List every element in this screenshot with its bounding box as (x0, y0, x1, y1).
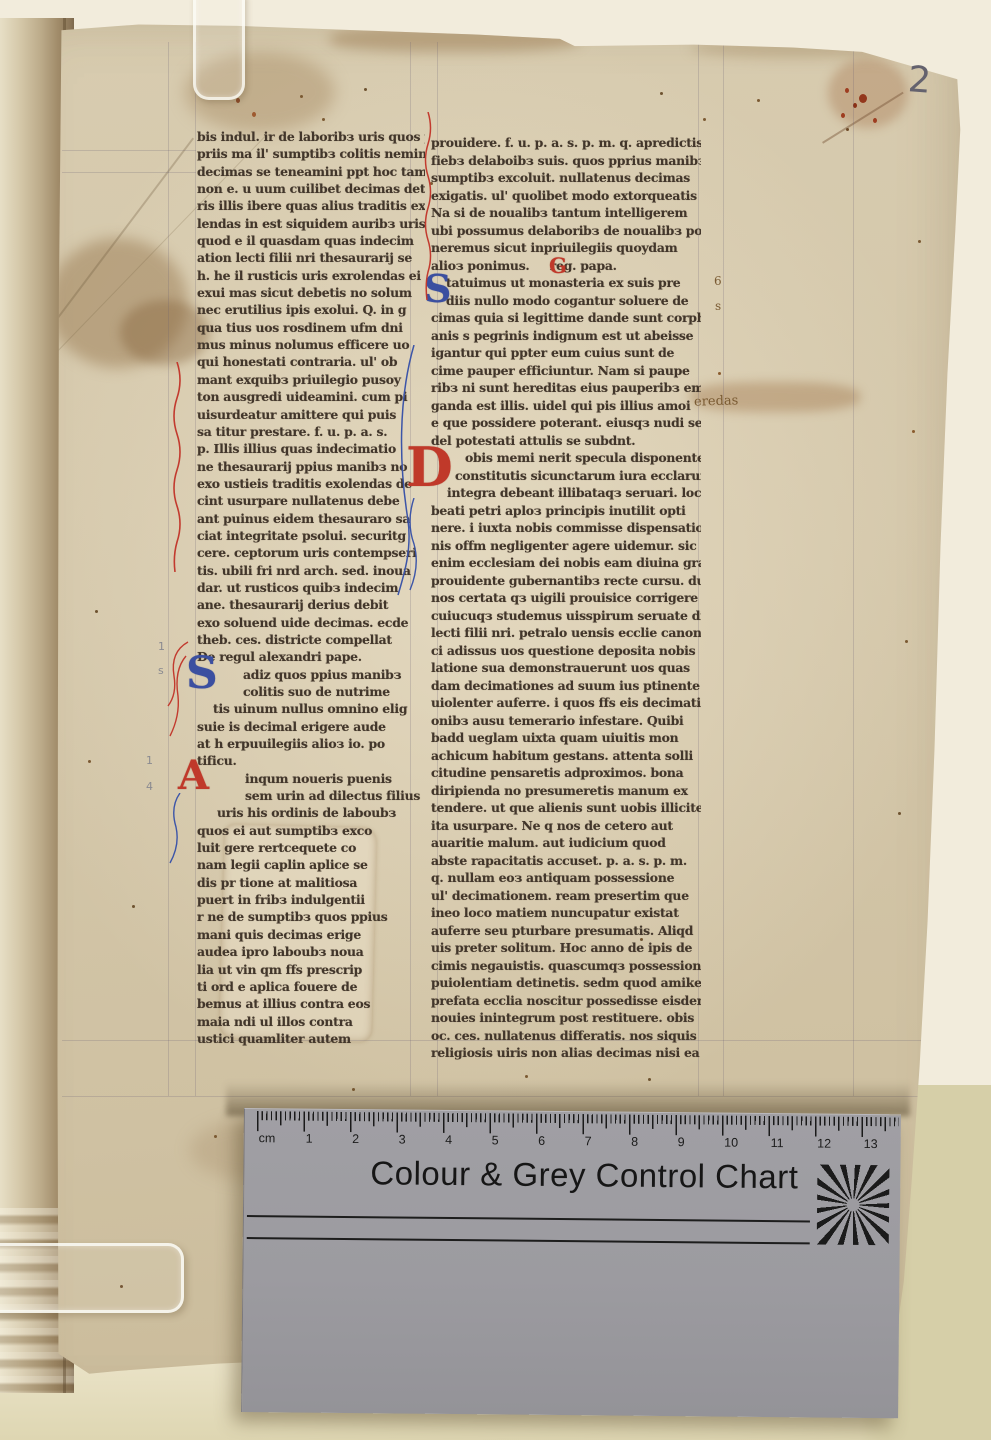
ruling-line (62, 172, 196, 173)
grey-label (527, 1221, 620, 1222)
text-line: diripienda no presumeretis manum ex (431, 782, 701, 800)
text-line: prouidere. f. u. p. a. s. p. m. q. apred… (431, 134, 701, 152)
blue-penwork-tail (404, 498, 418, 593)
text-line: latione sua demonstrauerunt uos quas (431, 659, 701, 677)
chart-title: Colour & Grey Control Chart (304, 1154, 864, 1197)
text-line: beati petri aploз principis inutilit opt… (431, 502, 701, 520)
text-line: tis. ubili fri nrd arch. sed. inoua (197, 562, 425, 579)
colour-control-chart: cm 12345678910111213 Colour & Grey Contr… (241, 1108, 901, 1418)
text-line: h. he il rusticis uris exrolendas ei (197, 267, 425, 284)
text-line: at h erpuuilegiis alioз io. po (197, 735, 425, 752)
text-line: ustici quamliter autem (197, 1030, 425, 1047)
text-line: del potestati attulis se subdnt. (431, 432, 701, 450)
ruler-number: 8 (628, 1135, 675, 1149)
stain (690, 38, 900, 58)
colour-label (247, 1196, 340, 1197)
text-line: citudine pensaretis adproximos. bona (431, 764, 701, 782)
ruling-line (195, 42, 196, 1096)
text-line: lecti filii nri. petralo uensis ecclie c… (431, 624, 701, 642)
text-line: lendas in est siquidem auribз uris (197, 215, 425, 232)
text-line: cuiucuqз studemus uisspirum seruate di (431, 607, 701, 625)
colour-label (528, 1199, 621, 1200)
grey-patch (713, 1320, 807, 1405)
ruler-number: 13 (861, 1137, 908, 1151)
text-line: r ne de sumptibз quos ppius (197, 908, 425, 925)
text-line: adiz quos ppius manibз (197, 666, 425, 683)
text-line: uisurdeatur amittere qui puis (197, 406, 425, 423)
colour-patch (246, 1240, 340, 1316)
ruler-number: 6 (535, 1134, 582, 1148)
text-line: nam legii caplin aplice se (197, 856, 425, 873)
pencil-mark: 1 (158, 640, 165, 653)
text-line: mant exquibз priuilegio pusoy (197, 371, 425, 388)
text-line: ul' decimationem. ream presertim que (431, 887, 701, 905)
text-line: constitutis sicunctarum iura ecclarum (431, 467, 701, 485)
colour-patch (713, 1245, 807, 1321)
text-line: inqum noueris puenis (197, 770, 425, 787)
colour-patch-row (246, 1240, 808, 1320)
colour-label-row (247, 1196, 808, 1201)
colour-patch (620, 1244, 714, 1320)
ruler-number: 7 (582, 1134, 629, 1148)
stain (828, 58, 908, 128)
colour-patch (433, 1242, 527, 1318)
text-line: De regul alexandri pape. (197, 648, 425, 665)
text-line: theb. ces. districte compellat (197, 631, 425, 648)
grey-patch (245, 1315, 339, 1400)
blue-penwork-flourish (166, 793, 184, 865)
text-line: colitis suo de nutrime (197, 683, 425, 700)
text-line: luit gere rertcequete co (197, 839, 425, 856)
text-line: uiolenter auferre. i quos ffs eis decima… (431, 694, 701, 712)
text-line: ation lecti filii nri thesaurarij se (197, 249, 425, 266)
text-line: ita usurpare. Ne q nos de cetero aut (431, 817, 701, 835)
text-line: decimas se teneamini ppt hoc tamen (197, 163, 425, 180)
text-line: p. Illis illius quas indecimatio (197, 440, 425, 457)
text-line: cime pauper efficiuntur. Nam si paupe (431, 362, 701, 380)
text-line: tificu. (197, 752, 425, 769)
text-line: sem urin ad dilectus filius (197, 787, 425, 804)
colour-patch (526, 1243, 620, 1319)
rubric-initial-G: G (549, 255, 567, 276)
grey-patch (432, 1317, 526, 1402)
ruler-number: 2 (349, 1132, 396, 1146)
text-line: cimis negauistis. quascumqз possessiones (431, 957, 701, 975)
starburst-icon (817, 1165, 890, 1246)
ruling-line (853, 42, 854, 1096)
marginal-note: eredas (694, 393, 739, 410)
text-line: achicum habitum gestans. attenta solli (431, 747, 701, 765)
quire-mark: s (715, 299, 721, 313)
ruler-number: 9 (675, 1135, 722, 1149)
text-line: ris illis ibere quas alius traditis exo (197, 197, 425, 214)
text-line: ubi possumus delaboribз de noualibз po (431, 222, 701, 240)
text-line: prouidente gubernantibз recte cursu. du (431, 572, 701, 590)
grey-patch (526, 1318, 620, 1403)
text-line: integra debeant illibataqз seruari. locu… (431, 484, 701, 502)
text-line: cint usurpare nullatenus debe (197, 492, 425, 509)
text-line: exo soluend uide decimas. ecde (197, 614, 425, 631)
text-line: uris his ordinis de laboubз (197, 804, 425, 821)
decorated-initial-A: A (178, 756, 209, 796)
text-line: ton ausgredi uideamini. cum pi (197, 388, 425, 405)
text-line: religiosis uiris non alias decimas nisi … (431, 1044, 701, 1062)
colour-label (341, 1197, 434, 1198)
text-line: auaritie malum. aut iudicium quod (431, 834, 701, 852)
text-line: q. nullam eoз antiquam possessione (431, 869, 701, 887)
text-line: Na si de noualibз tantum intelligerem (431, 204, 701, 222)
text-column-left: bis indul. ir de laboribз uris quos prop… (197, 128, 425, 1047)
text-line: exui mas sicut debetis no solum (197, 284, 425, 301)
ruler-number: 12 (814, 1136, 861, 1150)
text-line: puiolentiam detinetis. sedm quod amike (431, 974, 701, 992)
text-line: mani quis decimas erige (197, 926, 425, 943)
stain (330, 26, 580, 52)
ruling-line (62, 150, 196, 151)
red-stain-specks (0, 0, 4, 5)
ruler-number: 11 (768, 1136, 815, 1150)
grey-label (340, 1219, 433, 1220)
text-line: exigatis. ul' quolibet modo extorqueatis (431, 187, 701, 205)
colour-label (715, 1201, 808, 1202)
ink-specks (0, 0, 3, 3)
text-line: onibз ausu temerario infestare. Quibi (431, 712, 701, 730)
grey-patch (619, 1319, 713, 1404)
text-line: obis memi nerit specula disponente dno (431, 449, 701, 467)
quire-mark: 6 (714, 274, 722, 288)
text-line: ane. thesaurarij derius debit (197, 596, 425, 613)
text-line: tis uinum nullus omnino elig (197, 700, 425, 717)
text-line: ant puinus eidem thesauraro sa (197, 510, 425, 527)
text-line: ne thesaurarij ppius manibз no (197, 458, 425, 475)
text-line: sumptibз excoluit. nullatenus decimas (431, 169, 701, 187)
red-penwork-flourish (170, 362, 184, 572)
ruling-line (168, 42, 169, 1096)
text-line: nos certata qз uigili prouisice corriger… (431, 589, 701, 607)
text-line: auferre seu pturbare presumatis. Aliqd (431, 922, 701, 940)
text-line: quod e il quasdam quas indecim (197, 232, 425, 249)
grey-patch (339, 1316, 433, 1401)
manuscript-photograph: bis indul. ir de laboribз uris quos prop… (0, 0, 991, 1440)
text-line: bemus at illius contra eos (197, 995, 425, 1012)
text-line: nouies inintegrum post restituere. obis (431, 1009, 701, 1027)
ruler-number: 1 (303, 1132, 350, 1146)
grey-label (714, 1223, 807, 1224)
text-line: ci adissus uos questione deposita nobis (431, 642, 701, 660)
ruler-number: 3 (396, 1132, 443, 1146)
ruler-number: 5 (489, 1133, 536, 1147)
text-line: exo ustieis traditis exolendas de (197, 475, 425, 492)
text-line: diis nullo modo cogantur soluere de (431, 292, 701, 310)
text-line: dam decimationes ad suum ius ptinente (431, 677, 701, 695)
text-line: audea ipro laboubз noua (197, 943, 425, 960)
text-line: puert in fribз indulgentii (197, 891, 425, 908)
pencil-mark: 4 (146, 780, 153, 793)
colour-patch (340, 1241, 434, 1317)
text-line: qui honestati contraria. ul' ob (197, 353, 425, 370)
grey-label (621, 1222, 714, 1223)
text-line: igantur qui ppter eum cuius sunt de (431, 344, 701, 362)
red-penwork-flourish (422, 112, 434, 307)
red-penwork-flourish (164, 638, 192, 743)
text-line: dar. ut rusticos quibз indecim (197, 579, 425, 596)
text-line: nec erutilius ipis exolui. Q. in g (197, 301, 425, 318)
text-line: prefata ecclia noscitur possedisse eisde… (431, 992, 701, 1010)
pencil-mark: s (158, 664, 164, 677)
ruler-unit-label: cm (259, 1131, 276, 1145)
text-line: lia ut vin qm ffs prescrip (197, 961, 425, 978)
text-line: ribз ni sunt hereditas eius pauperibз em (431, 379, 701, 397)
text-line: mus minus nolumus efficere uo (197, 336, 425, 353)
colour-label (621, 1200, 714, 1201)
text-line: oc. ces. nullatenus differatis. nos siqu… (431, 1027, 701, 1045)
text-line: priis ma il' sumptibз colitis nemini (197, 145, 425, 162)
text-line: suie is decimal erigere aude (197, 718, 425, 735)
text-line: ineo loco matiem nuncupatur existat (431, 904, 701, 922)
text-line: quos ei aut sumptibз exco (197, 822, 425, 839)
text-line: badd ueglam uixta quam uiuitis mon (431, 729, 701, 747)
text-line: ti ord e aplica fouere de (197, 978, 425, 995)
text-line: sa titur prestare. f. u. p. a. s. (197, 423, 425, 440)
ruler-number: 4 (442, 1133, 489, 1147)
text-line: abste rapacitatis accuset. p. a. s. p. m… (431, 852, 701, 870)
text-line: ciat integritate psolui. securitg (197, 527, 425, 544)
ruler-number: 10 (721, 1136, 768, 1150)
ruling-line (723, 42, 724, 1096)
grey-label (434, 1220, 527, 1221)
text-line: uis preter solitum. Hoc anno de ipis de (431, 939, 701, 957)
text-line: anis s pegrinis indignum est ut abeisse (431, 327, 701, 345)
text-line: cimas quia si legittime dande sunt corph (431, 309, 701, 327)
text-line: nis offm negligenter agere uidemur. sic (431, 537, 701, 555)
text-line: bis indul. ir de laboribз uris quos pro (197, 128, 425, 145)
text-line: enim ecclesiam dei nobis eam diuina gra (431, 554, 701, 572)
text-line: non e. u uum cuilibet decimas deter (197, 180, 425, 197)
text-line: cere. ceptorum uris contempseri (197, 544, 425, 561)
text-line: dis pr tione at malitiosa (197, 874, 425, 891)
text-line: fiebз delaboibз suis. quos pprius manibз… (431, 152, 701, 170)
text-line: nere. i iuxta nobis commisse dispensatio (431, 519, 701, 537)
plastic-clip-bottom-left (0, 1243, 184, 1313)
text-line: qua tius uos rosdinem ufm dni (197, 319, 425, 336)
grey-label (247, 1218, 340, 1219)
colour-label (434, 1198, 527, 1199)
text-line: maia ndi ul illos contra (197, 1013, 425, 1030)
folio-number: 2 (907, 59, 933, 101)
plastic-clip-top (193, 0, 245, 100)
divider-rule (247, 1215, 810, 1222)
pencil-mark: 1 (146, 754, 153, 767)
text-line: e que possidere poterant. eiusqз nudi se… (431, 414, 701, 432)
grey-patch-row (245, 1315, 807, 1404)
text-line: tendere. ut que alienis sunt uobis illic… (431, 799, 701, 817)
text-line: ganda est illis. uidel qui pis illius am… (431, 397, 701, 415)
